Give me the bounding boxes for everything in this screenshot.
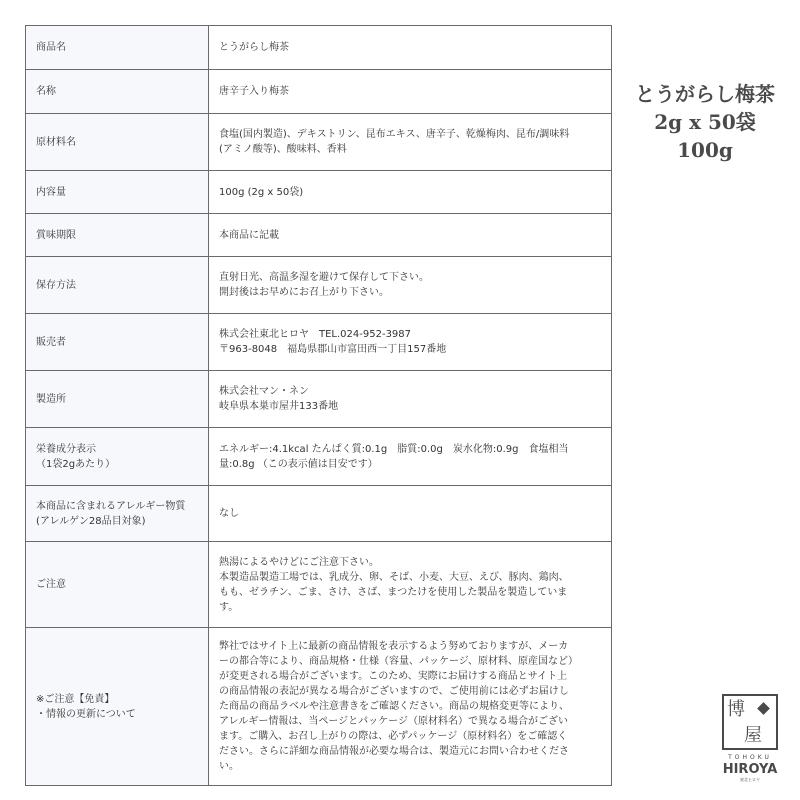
spec-value-line: 〒963-8048 福島県郡山市富田西一丁目157番地 <box>219 342 601 357</box>
diamond-icon <box>757 702 770 715</box>
logo-kanji-top: 博 <box>727 700 745 720</box>
spec-value-line: が変更される場合がございます。このため、実際にお届けする商品とサイト上 <box>219 669 601 684</box>
spec-label-line: 販売者 <box>36 335 198 350</box>
spec-value: 唐辛子入り梅茶 <box>209 70 612 114</box>
spec-label-line: 栄養成分表示 <box>36 442 198 457</box>
spec-label: 保存方法 <box>26 257 209 314</box>
spec-value: 熱湯によるやけどにご注意下さい。本製造品製造工場では、乳成分、卵、そば、小麦、大… <box>209 542 612 628</box>
spec-label: 商品名 <box>26 26 209 70</box>
spec-label-line: ご注意 <box>36 577 198 592</box>
spec-label: 原材料名 <box>26 114 209 171</box>
spec-label: ※ご注意【免責】・情報の更新について <box>26 628 209 786</box>
spec-label: 本商品に含まれるアレルギー物質(アレルゲン28品目対象) <box>26 486 209 542</box>
product-name: とうがらし梅茶 <box>620 80 790 108</box>
spec-value-line: なし <box>219 506 601 521</box>
spec-label-line: 賞味期限 <box>36 228 198 243</box>
spec-value: 本商品に記載 <box>209 214 612 257</box>
spec-value-line: 100g (2g x 50袋) <box>219 185 601 200</box>
product-package: 2g x 50袋 <box>620 108 790 136</box>
spec-value-line: 熱湯によるやけどにご注意下さい。 <box>219 555 601 570</box>
spec-value-line: す。 <box>219 600 601 615</box>
spec-value-line: 弊社ではサイト上に最新の商品情報を表示するよう努めておりますが、メーカ <box>219 639 601 654</box>
spec-value-line: い。 <box>219 759 601 774</box>
spec-label-line: ※ご注意【免責】 <box>36 692 198 707</box>
spec-row: 保存方法直射日光、高温多湿を避けて保存して下さい。開封後はお早めにお召上がり下さ… <box>26 257 612 314</box>
spec-value-line: の商品情報の表記が異なる場合がございますので、ご使用前には必ずお届けし <box>219 684 601 699</box>
logo-emblem-icon: 博 屋 <box>722 694 778 750</box>
spec-value-line: (アミノ酸等)、酸味料、香料 <box>219 142 601 157</box>
tohoku-hiroya-logo: 博 屋 TOHOKU HIROYA 東北ヒロヤ <box>718 694 782 790</box>
spec-value: エネルギー:4.1kcal たんぱく質:0.1g 脂質:0.0g 炭水化物:0.… <box>209 428 612 486</box>
spec-row: 内容量100g (2g x 50袋) <box>26 171 612 214</box>
spec-value: 株式会社東北ヒロヤ TEL.024-952-3987〒963-8048 福島県郡… <box>209 314 612 371</box>
spec-row: 販売者株式会社東北ヒロヤ TEL.024-952-3987〒963-8048 福… <box>26 314 612 371</box>
spec-row: 商品名とうがらし梅茶 <box>26 26 612 70</box>
spec-value-line: 唐辛子入り梅茶 <box>219 84 601 99</box>
spec-label-line: 原材料名 <box>36 135 198 150</box>
spec-label-line: ・情報の更新について <box>36 707 198 722</box>
product-title-block: とうがらし梅茶 2g x 50袋 100g <box>620 80 790 164</box>
spec-value-line: 本製造品製造工場では、乳成分、卵、そば、小麦、大豆、えび、豚肉、鶏肉、 <box>219 570 601 585</box>
spec-label-line: 本商品に含まれるアレルギー物質 <box>36 499 198 514</box>
spec-row: ※ご注意【免責】・情報の更新について弊社ではサイト上に最新の商品情報を表示するよ… <box>26 628 612 786</box>
spec-label: 製造所 <box>26 371 209 428</box>
spec-label-line: （1袋2gあたり） <box>36 457 198 472</box>
spec-value-line: とうがらし梅茶 <box>219 40 601 55</box>
logo-wordmark: HIROYA <box>718 762 782 777</box>
product-weight: 100g <box>620 136 790 164</box>
spec-value: 100g (2g x 50袋) <box>209 171 612 214</box>
spec-value: なし <box>209 486 612 542</box>
spec-value-line: ださい。さらに詳細な商品情報が必要な場合は、製造元にお問い合わせくださ <box>219 744 601 759</box>
spec-label: 栄養成分表示（1袋2gあたり） <box>26 428 209 486</box>
spec-value-line: 本商品に記載 <box>219 228 601 243</box>
spec-value-line: 株式会社マン・ネン <box>219 384 601 399</box>
spec-value-line: ます。ご購入、お召し上がりの際は、必ずパッケージ（原材料名）をご確認く <box>219 729 601 744</box>
spec-value-line: た商品の商品ラベルや注意書きをご確認ください。商品の規格変更等により、 <box>219 699 601 714</box>
spec-label: 賞味期限 <box>26 214 209 257</box>
spec-value-line: アレルギー情報は、当ページとパッケージ（原材料名）で異なる場合がござい <box>219 714 601 729</box>
spec-row: 本商品に含まれるアレルギー物質(アレルゲン28品目対象)なし <box>26 486 612 542</box>
spec-label-line: 製造所 <box>36 392 198 407</box>
spec-value: 株式会社マン・ネン岐阜県本巣市屋井133番地 <box>209 371 612 428</box>
spec-value: 直射日光、高温多湿を避けて保存して下さい。開封後はお早めにお召上がり下さい。 <box>209 257 612 314</box>
spec-value-line: 食塩(国内製造)、デキストリン、昆布エキス、唐辛子、乾燥梅肉、昆布/調味料 <box>219 127 601 142</box>
spec-value: 食塩(国内製造)、デキストリン、昆布エキス、唐辛子、乾燥梅肉、昆布/調味料(アミ… <box>209 114 612 171</box>
spec-label-line: 保存方法 <box>36 278 198 293</box>
spec-row: 製造所株式会社マン・ネン岐阜県本巣市屋井133番地 <box>26 371 612 428</box>
spec-row: 名称唐辛子入り梅茶 <box>26 70 612 114</box>
spec-label: 名称 <box>26 70 209 114</box>
spec-label-line: 名称 <box>36 84 198 99</box>
spec-value: 弊社ではサイト上に最新の商品情報を表示するよう努めておりますが、メーカーの都合等… <box>209 628 612 786</box>
logo-kanji-bottom: 屋 <box>744 726 762 746</box>
spec-label-line: 内容量 <box>36 185 198 200</box>
spec-label-line: 商品名 <box>36 40 198 55</box>
spec-row: 原材料名食塩(国内製造)、デキストリン、昆布エキス、唐辛子、乾燥梅肉、昆布/調味… <box>26 114 612 171</box>
spec-value-line: 開封後はお早めにお召上がり下さい。 <box>219 285 601 300</box>
product-spec-table: 商品名とうがらし梅茶名称唐辛子入り梅茶原材料名食塩(国内製造)、デキストリン、昆… <box>25 25 612 786</box>
spec-value-line: エネルギー:4.1kcal たんぱく質:0.1g 脂質:0.0g 炭水化物:0.… <box>219 442 601 457</box>
spec-label: 内容量 <box>26 171 209 214</box>
logo-subtext: TOHOKU <box>718 754 782 762</box>
spec-row: 栄養成分表示（1袋2gあたり）エネルギー:4.1kcal たんぱく質:0.1g … <box>26 428 612 486</box>
spec-value-line: 量:0.8g （この表示値は目安です） <box>219 457 601 472</box>
logo-tiny-text: 東北ヒロヤ <box>718 777 782 783</box>
spec-label-line: (アレルゲン28品目対象) <box>36 514 198 529</box>
spec-label: 販売者 <box>26 314 209 371</box>
spec-label: ご注意 <box>26 542 209 628</box>
spec-row: ご注意熱湯によるやけどにご注意下さい。本製造品製造工場では、乳成分、卵、そば、小… <box>26 542 612 628</box>
spec-value-line: ーの都合等により、商品規格・仕様（容量、パッケージ、原材料、原産国など） <box>219 654 601 669</box>
spec-value: とうがらし梅茶 <box>209 26 612 70</box>
spec-value-line: 岐阜県本巣市屋井133番地 <box>219 399 601 414</box>
spec-value-line: 直射日光、高温多湿を避けて保存して下さい。 <box>219 270 601 285</box>
spec-row: 賞味期限本商品に記載 <box>26 214 612 257</box>
spec-value-line: もも、ゼラチン、ごま、さけ、さば、まつたけを使用した製品を製造していま <box>219 585 601 600</box>
spec-value-line: 株式会社東北ヒロヤ TEL.024-952-3987 <box>219 327 601 342</box>
